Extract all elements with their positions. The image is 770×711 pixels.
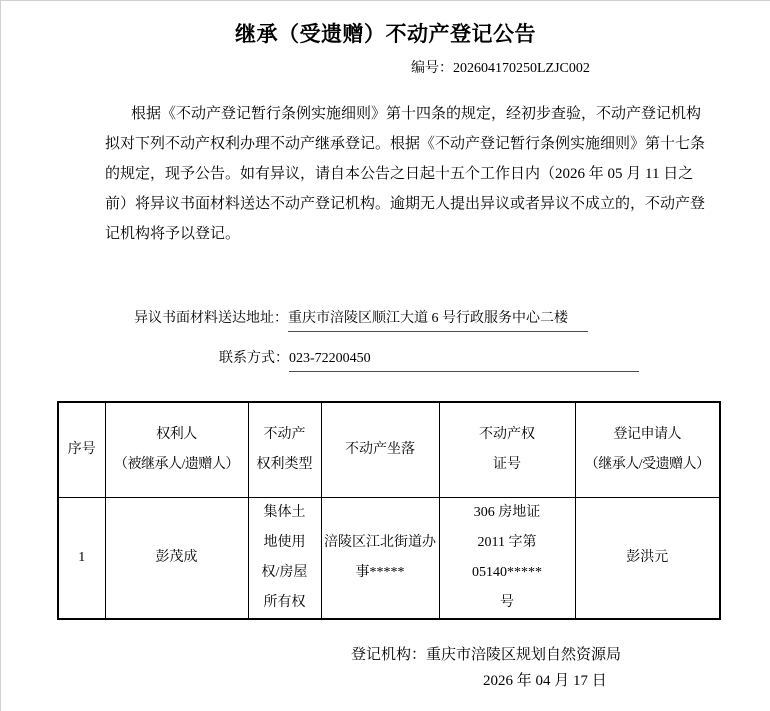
header-right-type: 不动产 权利类型 — [248, 402, 321, 497]
table-header-row: 序号 权利人 （被继承人/遗赠人） 不动产 权利类型 不动产坐落 不动产权 证号… — [58, 402, 720, 497]
serial-label: 编号： — [411, 61, 453, 76]
page-title: 继承（受遗赠）不动产登记公告 — [1, 18, 770, 48]
cell-right-type: 集体土 地使用 权/房屋 所有权 — [248, 497, 321, 619]
objection-address-label: 异议书面材料送达地址： — [134, 311, 288, 326]
header-property-location: 不动产坐落 — [321, 402, 439, 497]
objection-address-value: 重庆市涪陵区顺江大道 6 号行政服务中心二楼 — [288, 309, 588, 332]
body-line: 根据《不动产登记暂行条例实施细则》第十四条的规定，经初步查验，不动产登记机构 — [105, 99, 711, 129]
objection-address-field: 异议书面材料送达地址：重庆市涪陵区顺江大道 6 号行政服务中心二楼 — [134, 309, 588, 332]
contact-label: 联系方式： — [219, 351, 289, 366]
serial-number-line: 编号：202604170250LZJC002 — [411, 59, 590, 79]
body-paragraph: 根据《不动产登记暂行条例实施细则》第十四条的规定，经初步查验，不动产登记机构 拟… — [105, 99, 711, 249]
header-serial-no: 序号 — [58, 402, 105, 497]
table-row: 1 彭茂成 集体土 地使用 权/房屋 所有权 涪陵区江北街道办 事***** 3… — [58, 497, 720, 619]
body-line: 拟对下列不动产权利办理不动产继承登记。根据《不动产登记暂行条例实施细则》第十七条 — [105, 129, 711, 159]
contact-value: 023-72200450 — [289, 349, 639, 372]
contact-field: 联系方式：023-72200450 — [219, 349, 639, 372]
registration-authority: 登记机构：重庆市涪陵区规划自然资源局 — [351, 643, 621, 664]
notice-document: 继承（受遗赠）不动产登记公告 编号：202604170250LZJC002 根据… — [0, 0, 770, 711]
cell-right-holder: 彭茂成 — [105, 497, 248, 619]
cell-property-location: 涪陵区江北街道办 事***** — [321, 497, 439, 619]
cell-applicant: 彭洪元 — [575, 497, 720, 619]
body-line: 记机构将予以登记。 — [105, 219, 711, 249]
notice-date: 2026 年 04 月 17 日 — [483, 669, 607, 690]
body-line: 前）将异议书面材料送达不动产登记机构。逾期无人提出异议或者异议不成立的，不动产登 — [105, 189, 711, 219]
header-certificate-no: 不动产权 证号 — [439, 402, 575, 497]
cell-certificate-no: 306 房地证 2011 字第 05140***** 号 — [439, 497, 575, 619]
registration-table: 序号 权利人 （被继承人/遗赠人） 不动产 权利类型 不动产坐落 不动产权 证号… — [57, 401, 721, 620]
serial-value: 202604170250LZJC002 — [453, 61, 590, 76]
cell-serial-no: 1 — [58, 497, 105, 619]
header-right-holder: 权利人 （被继承人/遗赠人） — [105, 402, 248, 497]
header-applicant: 登记申请人 （继承人/受遗赠人） — [575, 402, 720, 497]
body-line: 的规定，现予公告。如有异议，请自本公告之日起十五个工作日内（2026 年 05 … — [105, 159, 711, 189]
